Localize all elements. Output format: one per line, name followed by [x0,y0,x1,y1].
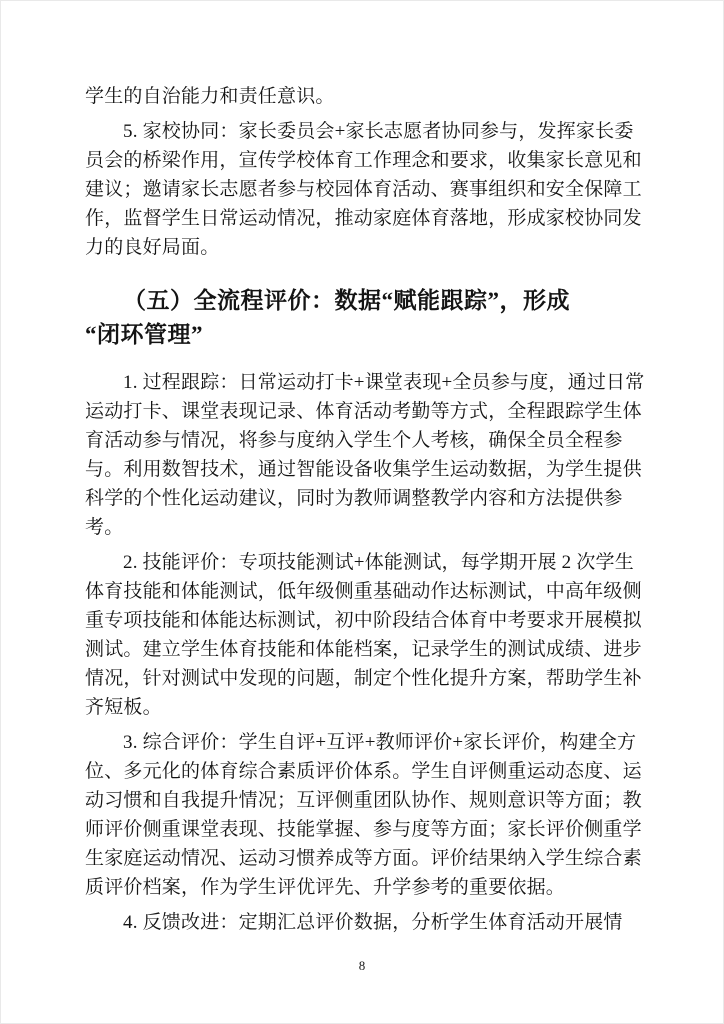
text-line: 测试。建立学生体育技能和体能档案，记录学生的测试成绩、进步 [85,635,640,664]
paragraph: 4. 反馈改进：定期汇总评价数据，分析学生体育活动开展情 [85,908,640,937]
text-line: 育活动参与情况，将参与度纳入学生个人考核，确保全员全程参 [85,426,640,455]
text-line: 4. 反馈改进：定期汇总评价数据，分析学生体育活动开展情 [85,908,640,937]
text-line: 员会的桥梁作用，宣传学校体育工作理念和要求，收集家长意见和 [85,146,640,175]
text-line: 学生的自治能力和责任意识。 [85,82,640,111]
text-line: 2. 技能评价：专项技能测试+体能测试，每学期开展 2 次学生 [85,548,640,577]
text-line: 齐短板。 [85,693,640,722]
text-line: 情况，针对测试中发现的问题，制定个性化提升方案，帮助学生补 [85,664,640,693]
text-line: 1. 过程跟踪：日常运动打卡+课堂表现+全员参与度，通过日常 [85,368,640,397]
text-line: （五）全流程评价：数据“赋能跟踪”，形成 [85,284,640,318]
text-line: 5. 家校协同：家长委员会+家长志愿者协同参与，发挥家长委 [85,117,640,146]
text-line: 建议；邀请家长志愿者参与校园体育活动、赛事组织和安全保障工 [85,175,640,204]
text-line: 生家庭运动情况、运动习惯养成等方面。评价结果纳入学生综合素 [85,844,640,873]
page-number: 8 [0,958,724,974]
text-line: 位、多元化的体育综合素质评价体系。学生自评侧重运动态度、运 [85,757,640,786]
text-line: 考。 [85,513,640,542]
text-line: 力的良好局面。 [85,233,640,262]
text-line: 科学的个性化运动建议，同时为教师调整教学内容和方法提供参 [85,484,640,513]
document-page: 学生的自治能力和责任意识。5. 家校协同：家长委员会+家长志愿者协同参与，发挥家… [0,0,724,1024]
paragraph: 1. 过程跟踪：日常运动打卡+课堂表现+全员参与度，通过日常运动打卡、课堂表现记… [85,368,640,542]
paragraph: 5. 家校协同：家长委员会+家长志愿者协同参与，发挥家长委员会的桥梁作用，宣传学… [85,117,640,262]
section-heading: （五）全流程评价：数据“赋能跟踪”，形成“闭环管理” [85,284,640,352]
text-line: 与。利用数智技术，通过智能设备收集学生运动数据，为学生提供 [85,455,640,484]
text-line: 作，监督学生日常运动情况，推动家庭体育落地，形成家校协同发 [85,204,640,233]
document-body: 学生的自治能力和责任意识。5. 家校协同：家长委员会+家长志愿者协同参与，发挥家… [85,82,640,937]
text-line: 运动打卡、课堂表现记录、体育活动考勤等方式，全程跟踪学生体 [85,397,640,426]
paragraph: 2. 技能评价：专项技能测试+体能测试，每学期开展 2 次学生体育技能和体能测试… [85,548,640,722]
text-line: 动习惯和自我提升情况；互评侧重团队协作、规则意识等方面；教 [85,786,640,815]
text-line: 3. 综合评价：学生自评+互评+教师评价+家长评价，构建全方 [85,728,640,757]
text-line: 质评价档案，作为学生评优评先、升学参考的重要依据。 [85,873,640,902]
text-line: 体育技能和体能测试，低年级侧重基础动作达标测试，中高年级侧 [85,577,640,606]
text-line: 重专项技能和体能达标测试，初中阶段结合体育中考要求开展模拟 [85,606,640,635]
text-line: “闭环管理” [85,318,640,352]
paragraph: 学生的自治能力和责任意识。 [85,82,640,111]
paragraph: 3. 综合评价：学生自评+互评+教师评价+家长评价，构建全方位、多元化的体育综合… [85,728,640,902]
text-line: 师评价侧重课堂表现、技能掌握、参与度等方面；家长评价侧重学 [85,815,640,844]
